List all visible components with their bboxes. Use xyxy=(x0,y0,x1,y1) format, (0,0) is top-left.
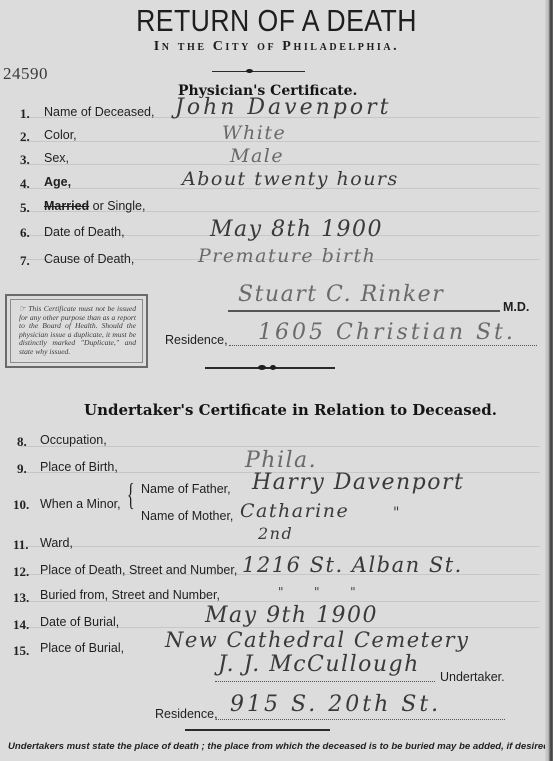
field-number: 12. xyxy=(13,564,29,580)
certificate-number: 24590 xyxy=(3,64,48,84)
place-of-death-label: Place of Death, Street and Number, xyxy=(40,563,237,577)
field-number: 13. xyxy=(13,590,29,606)
md-suffix: M.D. xyxy=(503,300,529,314)
name-of-deceased-label: Name of Deceased, xyxy=(44,105,154,119)
document-subtitle: In the City of Philadelphia. xyxy=(0,39,553,55)
name-of-father-label: Name of Father, xyxy=(141,482,231,496)
place-of-burial-value: New Cathedral Cemetery xyxy=(165,628,469,652)
undertaker-suffix: Undertaker. xyxy=(440,670,505,684)
when-a-minor-label: When a Minor, xyxy=(40,497,121,511)
sex-value: Male xyxy=(230,145,284,167)
undertaker-residence-value: 915 S. 20th St. xyxy=(230,692,441,717)
undertaker-signature: J. J. McCullough xyxy=(218,652,420,677)
place-of-burial-label: Place of Burial, xyxy=(40,641,124,655)
physician-residence-label: Residence, xyxy=(165,333,228,347)
field-number: 4. xyxy=(20,176,30,192)
brace-icon: { xyxy=(127,476,135,513)
name-of-mother-label: Name of Mother, xyxy=(141,509,233,523)
undertaker-residence-line xyxy=(216,719,505,720)
name-of-mother-value: Catharine xyxy=(240,500,349,522)
undertaker-certificate-heading: Undertaker's Certificate in Relation to … xyxy=(84,401,497,419)
age-label: Age, xyxy=(44,175,71,189)
field-number: 5. xyxy=(20,200,30,216)
marital-status-label: Married or Single, xyxy=(44,199,145,213)
field-number: 9. xyxy=(17,461,27,477)
buried-from-value: " " " xyxy=(278,585,356,599)
name-of-father-value: Harry Davenport xyxy=(252,470,464,495)
single-label: or Single, xyxy=(89,199,145,213)
color-label: Color, xyxy=(44,128,77,142)
date-of-burial-label: Date of Burial, xyxy=(40,615,119,629)
ruled-line xyxy=(20,546,540,547)
physician-residence-value: 1605 Christian St. xyxy=(258,320,516,345)
field-number: 8. xyxy=(17,434,27,450)
buried-from-label: Buried from, Street and Number, xyxy=(40,588,220,602)
sex-label: Sex, xyxy=(44,151,69,165)
physician-residence-line xyxy=(229,345,537,346)
undertaker-signature-line xyxy=(215,681,435,682)
date-of-death-label: Date of Death, xyxy=(44,225,125,239)
married-struck-label: Married xyxy=(44,199,89,213)
cause-of-death-value: Premature birth xyxy=(198,245,376,267)
date-of-burial-value: May 9th 1900 xyxy=(205,603,378,628)
page-edge-shadow xyxy=(545,0,553,761)
undertaker-residence-label: Residence, xyxy=(155,707,218,721)
field-number: 6. xyxy=(20,225,30,241)
mother-surname-ditto: " xyxy=(393,505,401,521)
death-certificate-page: RETURN OF A DEATH In the City of Philade… xyxy=(0,0,545,761)
field-number: 14. xyxy=(13,617,29,633)
date-of-death-value: May 8th 1900 xyxy=(210,217,383,242)
physician-signature-line xyxy=(228,310,500,312)
age-value: About twenty hours xyxy=(182,168,399,190)
physician-signature: Stuart C. Rinker xyxy=(238,282,444,307)
cause-of-death-label: Cause of Death, xyxy=(44,252,134,266)
color-value: White xyxy=(222,122,286,144)
duplicate-notice-box: ☞ This Certificate must not be issued fo… xyxy=(5,294,148,368)
duplicate-notice-text: ☞ This Certificate must not be issued fo… xyxy=(10,299,143,363)
document-title: RETURN OF A DEATH xyxy=(39,3,515,39)
name-of-deceased-value: John Davenport xyxy=(175,95,391,120)
field-number: 2. xyxy=(20,129,30,145)
ward-label: Ward, xyxy=(40,536,73,550)
ward-value: 2nd xyxy=(258,524,293,543)
field-number: 3. xyxy=(20,152,30,168)
field-number: 10. xyxy=(13,497,29,513)
field-number: 11. xyxy=(13,537,29,553)
place-of-birth-label: Place of Birth, xyxy=(40,460,118,474)
field-number: 1. xyxy=(20,106,30,122)
field-number: 7. xyxy=(20,253,30,269)
footer-instruction: Undertakers must state the place of deat… xyxy=(8,741,552,752)
occupation-label: Occupation, xyxy=(40,433,107,447)
footer-rule xyxy=(185,729,330,731)
field-number: 15. xyxy=(13,643,29,659)
place-of-death-value: 1216 St. Alban St. xyxy=(242,553,463,577)
